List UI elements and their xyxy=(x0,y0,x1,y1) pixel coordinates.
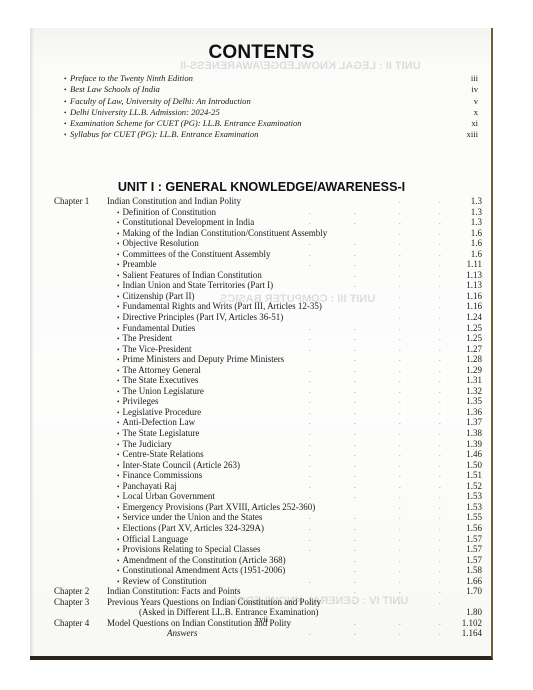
page-number: 1.16 xyxy=(446,301,482,312)
page-number: 1.25 xyxy=(446,333,482,344)
bullet-icon: • xyxy=(117,409,119,417)
page-number: 1.6 xyxy=(446,228,482,239)
topic-label: Directive Principles (Part IV, Articles … xyxy=(122,312,283,322)
bullet-icon: • xyxy=(117,282,119,290)
toc-topic-row: •Fundamental Rights and Writs (Part III,… xyxy=(54,301,482,312)
page-number: xiii xyxy=(458,129,478,140)
bullet-icon: • xyxy=(117,293,119,301)
topic-label: Constitutional Development in India xyxy=(122,217,254,227)
toc-topic-row: •Salient Features of Indian Constitution… xyxy=(54,270,482,281)
chapter-title: Indian Constitution: Facts and Points xyxy=(107,586,446,597)
bullet-icon: • xyxy=(117,472,119,480)
topic-label: The Union Legislature xyxy=(122,386,203,396)
toc-topic-row: •The Vice-President1.27.... xyxy=(54,344,482,355)
bullet-icon: • xyxy=(117,451,119,459)
topic-label: Making of the Indian Constitution/Consti… xyxy=(122,228,327,238)
toc-topic-row: •Legislative Procedure1.36.... xyxy=(54,407,482,418)
topic-label: Local Urban Government xyxy=(122,491,214,501)
toc-answers-row: Answers1.164.... xyxy=(54,628,482,639)
topic-label: The Judiciary xyxy=(122,439,171,449)
page-number: 1.46 xyxy=(446,449,482,460)
topic-label: Salient Features of Indian Constitution xyxy=(122,270,261,280)
topic-label: Official Language xyxy=(122,534,188,544)
topic-label: Privileges xyxy=(122,396,158,406)
topic-label: Preamble xyxy=(122,259,156,269)
bullet-icon: • xyxy=(117,230,119,238)
bullet-icon: • xyxy=(117,514,119,522)
toc-topic-row: •Centre-State Relations1.46.... xyxy=(54,449,482,460)
bullet-icon: • xyxy=(117,272,119,280)
topic-label: Centre-State Relations xyxy=(122,449,203,459)
page-number: 1.36 xyxy=(446,407,482,418)
page-number: 1.13 xyxy=(446,270,482,281)
bullet-icon: • xyxy=(117,430,119,438)
topic-label: Fundamental Rights and Writs (Part III, … xyxy=(122,301,321,311)
prelim-item: •Preface to the Twenty Ninth Editioniii xyxy=(64,73,478,84)
prelim-label: Examination Scheme for CUET (PG): LL.B. … xyxy=(70,118,458,129)
prelim-item: •Delhi University LL.B. Admission: 2024-… xyxy=(64,107,478,118)
bullet-icon: • xyxy=(117,398,119,406)
topic-label: Amendment of the Constitution (Article 3… xyxy=(122,555,285,565)
topic-label: The President xyxy=(122,333,172,343)
topic-label: Panchayati Raj xyxy=(122,481,176,491)
bullet-icon: • xyxy=(117,325,119,333)
toc-topic-row: •Indian Union and State Territories (Par… xyxy=(54,280,482,291)
prelim-item: •Best Law Schools of Indiaiv xyxy=(64,84,478,95)
bullet-icon: • xyxy=(117,367,119,375)
bullet-icon: • xyxy=(117,261,119,269)
page-number: 1.53 xyxy=(446,491,482,502)
page-number: 1.57 xyxy=(446,544,482,555)
bullet-icon: • xyxy=(117,356,119,364)
chapter-number: Chapter 1 xyxy=(54,196,107,207)
topic-label: Provisions Relating to Special Classes xyxy=(122,544,260,554)
page-number: x xyxy=(458,107,478,118)
page-title: CONTENTS xyxy=(30,42,493,64)
topic-label: Citizenship (Part II) xyxy=(122,291,194,301)
bullet-icon: • xyxy=(117,504,119,512)
book-page: UNIT II : LEGAL KNOWLEDGE/AWARENESS-II U… xyxy=(30,28,493,660)
toc-topic-row: •Emergency Provisions (Part XVIII, Artic… xyxy=(54,502,482,513)
page-number: 1.35 xyxy=(446,396,482,407)
toc-topic-row: •Service under the Union and the States1… xyxy=(54,512,482,523)
topic-label: Finance Commissions xyxy=(122,470,202,480)
answers-label: Answers xyxy=(107,628,446,639)
page-number: 1.32 xyxy=(446,386,482,397)
bullet-icon: • xyxy=(117,314,119,322)
toc-topic-row: •Review of Constitution1.66.... xyxy=(54,576,482,587)
prelim-label: Preface to the Twenty Ninth Edition xyxy=(70,73,458,84)
bullet-icon: • xyxy=(117,219,119,227)
topic-label: Constitutional Amendment Acts (1951-2006… xyxy=(122,565,285,575)
bullet-icon: • xyxy=(117,377,119,385)
prelim-item: •Faculty of Law, University of Delhi: An… xyxy=(64,96,478,107)
page-number: xi xyxy=(458,118,478,129)
toc-chapter-row: Chapter 1Indian Constitution and Indian … xyxy=(54,196,482,207)
toc-topic-row: •Anti-Defection Law1.37.... xyxy=(54,417,482,428)
bullet-icon: • xyxy=(117,441,119,449)
bullet-icon: • xyxy=(117,335,119,343)
toc-topic-row: •Finance Commissions1.51.... xyxy=(54,470,482,481)
bullet-icon: • xyxy=(117,240,119,248)
page-number: 1.13 xyxy=(446,280,482,291)
topic-label: The Vice-President xyxy=(122,344,191,354)
page-number: 1.16 xyxy=(446,291,482,302)
page-number: 1.3 xyxy=(446,217,482,228)
toc-chapter-row: Chapter 2Indian Constitution: Facts and … xyxy=(54,586,482,597)
toc-topic-row: •Constitutional Development in India1.3.… xyxy=(54,217,482,228)
bullet-icon: • xyxy=(117,303,119,311)
page-number: 1.56 xyxy=(446,523,482,534)
page-number: 1.3 xyxy=(446,207,482,218)
topic-label: Service under the Union and the States xyxy=(122,512,262,522)
toc-topic-row: •Directive Principles (Part IV, Articles… xyxy=(54,312,482,323)
page-number: 1.51 xyxy=(446,470,482,481)
page-number: 1.50 xyxy=(446,460,482,471)
page-number: 1.11 xyxy=(446,259,482,270)
toc-topic-row: •Privileges1.35.... xyxy=(54,396,482,407)
toc-topic-row: •Constitutional Amendment Acts (1951-200… xyxy=(54,565,482,576)
page-number: 1.37 xyxy=(446,417,482,428)
page-number: 1.28 xyxy=(446,354,482,365)
topic-label: The State Legislature xyxy=(122,428,199,438)
page-number: 1.55 xyxy=(446,512,482,523)
page-number: 1.27 xyxy=(446,344,482,355)
topic-label: Prime Ministers and Deputy Prime Ministe… xyxy=(122,354,284,364)
page-number: 1.66 xyxy=(446,576,482,587)
toc-topic-row: •Committees of the Constituent Assembly1… xyxy=(54,249,482,260)
page-number: 1.58 xyxy=(446,565,482,576)
topic-label: The State Executives xyxy=(122,375,198,385)
page-number: 1.25 xyxy=(446,323,482,334)
topic-label: Legislative Procedure xyxy=(122,407,201,417)
toc-topic-row: •The President1.25.... xyxy=(54,333,482,344)
page-number: 1.53 xyxy=(446,502,482,513)
toc-topic-row: •Panchayati Raj1.52.... xyxy=(54,481,482,492)
toc-topic-row: •Inter-State Council (Article 263)1.50..… xyxy=(54,460,482,471)
topic-label: Review of Constitution xyxy=(122,576,206,586)
toc-topic-row: •Local Urban Government1.53.... xyxy=(54,491,482,502)
toc-topic-row: •Official Language1.57.... xyxy=(54,534,482,545)
prelim-label: Delhi University LL.B. Admission: 2024-2… xyxy=(70,107,458,118)
topic-label: Definition of Constitution xyxy=(122,207,216,217)
chapter-number: Chapter 3 xyxy=(54,597,107,608)
topic-label: Indian Union and State Territories (Part… xyxy=(122,280,273,290)
bullet-icon: • xyxy=(117,209,119,217)
prelim-label: Faculty of Law, University of Delhi: An … xyxy=(70,96,458,107)
toc-topic-row: •Preamble1.11.... xyxy=(54,259,482,270)
bullet-icon: • xyxy=(117,567,119,575)
page-number: 1.3 xyxy=(446,196,482,207)
bullet-icon: • xyxy=(117,578,119,586)
chapter-title-line: Previous Years Questions on Indian Const… xyxy=(107,597,446,608)
bullet-icon: • xyxy=(117,546,119,554)
table-of-contents: Chapter 1Indian Constitution and Indian … xyxy=(54,196,482,639)
bullet-icon: • xyxy=(117,536,119,544)
page-number: iv xyxy=(458,84,478,95)
toc-topic-row: •Objective Resolution1.6.... xyxy=(54,238,482,249)
toc-topic-row: •Provisions Relating to Special Classes1… xyxy=(54,544,482,555)
toc-topic-row: •Definition of Constitution1.3.... xyxy=(54,207,482,218)
topic-label: Objective Resolution xyxy=(122,238,198,248)
prelim-item: •Examination Scheme for CUET (PG): LL.B.… xyxy=(64,118,478,129)
page-number: 1.6 xyxy=(446,238,482,249)
bullet-icon: • xyxy=(117,251,119,259)
toc-topic-row: •Prime Ministers and Deputy Prime Minist… xyxy=(54,354,482,365)
bullet-icon: • xyxy=(117,493,119,501)
toc-topic-row: •Fundamental Duties1.25.... xyxy=(54,323,482,334)
page-number: 1.164 xyxy=(446,628,482,639)
prelim-item: •Syllabus for CUET (PG): LL.B. Entrance … xyxy=(64,129,478,140)
toc-topic-row: •The Judiciary1.39.... xyxy=(54,439,482,450)
page-number: v xyxy=(458,96,478,107)
page-number: 1.57 xyxy=(446,555,482,566)
bullet-icon: • xyxy=(117,419,119,427)
topic-label: Committees of the Constituent Assembly xyxy=(122,249,270,259)
prelim-label: Best Law Schools of India xyxy=(70,84,458,95)
prelim-list: •Preface to the Twenty Ninth Editioniii … xyxy=(64,73,478,141)
bullet-icon: • xyxy=(117,388,119,396)
toc-topic-row: •Amendment of the Constitution (Article … xyxy=(54,555,482,566)
bullet-icon: • xyxy=(117,462,119,470)
page-number: 1.29 xyxy=(446,365,482,376)
topic-label: The Attorney General xyxy=(122,365,200,375)
page-number: 1.39 xyxy=(446,439,482,450)
toc-topic-row: •Citizenship (Part II)1.16.... xyxy=(54,291,482,302)
page-number: 1.70 xyxy=(446,586,482,597)
chapter-number: Chapter 2 xyxy=(54,586,107,597)
topic-label: Fundamental Duties xyxy=(122,323,195,333)
chapter-title: Indian Constitution and Indian Polity xyxy=(107,196,446,207)
page-number: 1.24 xyxy=(446,312,482,323)
toc-topic-row: •Elections (Part XV, Articles 324-329A)1… xyxy=(54,523,482,534)
bullet-icon: • xyxy=(117,557,119,565)
prelim-label: Syllabus for CUET (PG): LL.B. Entrance E… xyxy=(70,129,458,140)
page-number: 1.38 xyxy=(446,428,482,439)
toc-topic-row: •The Attorney General1.29.... xyxy=(54,365,482,376)
page-number: 1.57 xyxy=(446,534,482,545)
toc-topic-row: •The Union Legislature1.32.... xyxy=(54,386,482,397)
toc-topic-row: •Making of the Indian Constitution/Const… xyxy=(54,228,482,239)
toc-topic-row: •The State Executives1.31.... xyxy=(54,375,482,386)
page-number: 1.52 xyxy=(446,481,482,492)
topic-label: Inter-State Council (Article 263) xyxy=(122,460,240,470)
page-number: iii xyxy=(458,73,478,84)
unit-heading: UNIT I : GENERAL KNOWLEDGE/AWARENESS-I xyxy=(30,180,493,194)
topic-label: Elections (Part XV, Articles 324-329A) xyxy=(122,523,264,533)
page-number: 1.31 xyxy=(446,375,482,386)
toc-topic-row: •The State Legislature1.38.... xyxy=(54,428,482,439)
bullet-icon: • xyxy=(117,525,119,533)
topic-label: Anti-Defection Law xyxy=(122,417,195,427)
page-number: 1.6 xyxy=(446,249,482,260)
page-folio: xvii xyxy=(30,614,493,624)
bullet-icon: • xyxy=(117,483,119,491)
topic-label: Emergency Provisions (Part XVIII, Articl… xyxy=(122,502,315,512)
bullet-icon: • xyxy=(117,346,119,354)
